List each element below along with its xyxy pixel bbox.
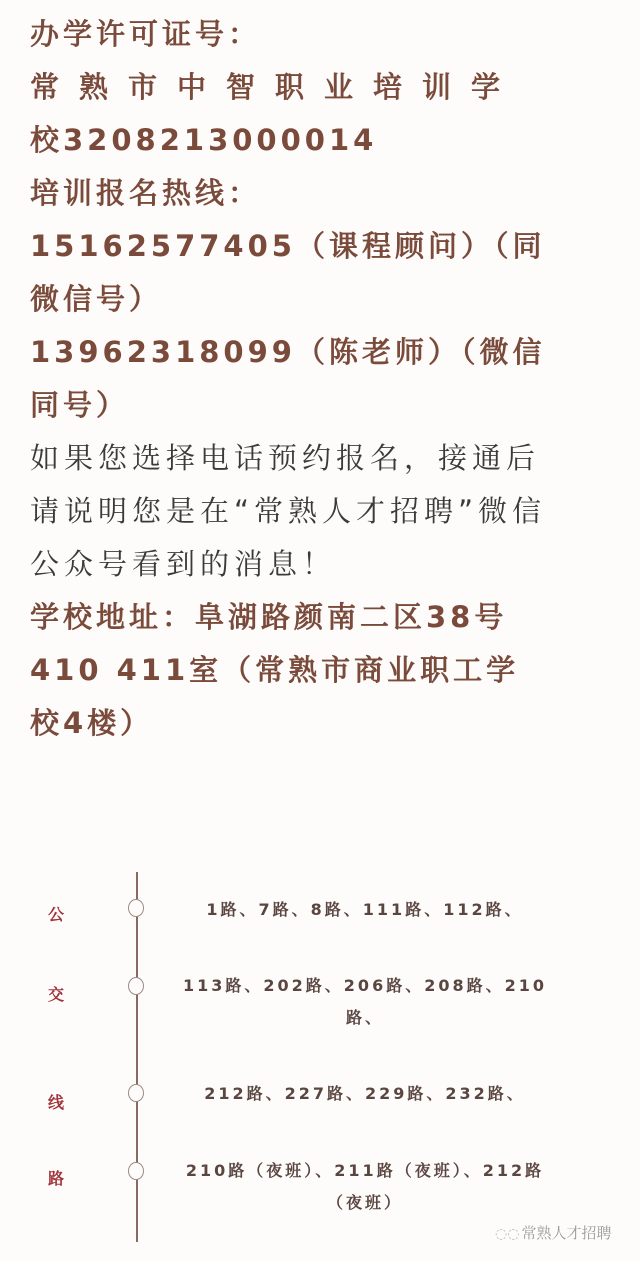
timeline-node-icon <box>128 899 144 917</box>
license-number: 校3208213000014 <box>30 114 615 167</box>
side-char-xian: 线 <box>48 1090 64 1113</box>
timeline-node-icon <box>128 1162 144 1180</box>
timeline-line <box>136 872 138 1242</box>
timeline-node-icon <box>128 977 144 995</box>
watermark-text: 常熟人才招聘 <box>521 1224 611 1242</box>
school-info: 办学许可证号： 常熟市中智职业培训学 校3208213000014 培训报名热线… <box>30 8 615 750</box>
route-row-3-text: 212路、227路、229路、232路、 <box>150 1078 580 1110</box>
route-row-2-text: 113路、202路、206路、208路、210 <box>150 970 580 1002</box>
notice-line1: 如果您选择电话预约报名，接通后 <box>30 432 615 485</box>
phone2-line2: 同号） <box>30 379 615 432</box>
route-row-2: 113路、202路、206路、208路、210 路、 <box>150 970 580 1034</box>
address-line3: 校4楼） <box>30 697 615 750</box>
route-row-4-text: 210路（夜班）、211路（夜班）、212路 <box>150 1155 580 1187</box>
route-row-1-text: 1路、7路、8路、111路、112路、 <box>150 894 580 926</box>
phone1-line1: 15162577405（课程顾问）（同 <box>30 220 615 273</box>
route-row-4-text-cont: （夜班） <box>150 1187 580 1219</box>
route-row-1: 1路、7路、8路、111路、112路、 <box>150 894 580 926</box>
route-row-2-text-cont: 路、 <box>150 1002 580 1034</box>
wechat-icon: ◌◌ <box>495 1226 519 1242</box>
side-char-lu: 路 <box>48 1166 64 1189</box>
side-char-jiao: 交 <box>48 982 64 1005</box>
timeline-node-icon <box>128 1084 144 1102</box>
side-char-gong: 公 <box>48 902 64 925</box>
address-line1: 学校地址：阜湖路颜南二区38号 <box>30 591 615 644</box>
hotline-label: 培训报名热线： <box>30 167 615 220</box>
license-label: 办学许可证号： <box>30 8 615 61</box>
watermark: ◌◌常熟人才招聘 <box>495 1222 611 1243</box>
bus-routes-timeline: 公 1路、7路、8路、111路、112路、 交 113路、202路、206路、2… <box>0 872 640 1242</box>
notice-line3: 公众号看到的消息！ <box>30 538 615 591</box>
phone2-line1: 13962318099（陈老师）（微信 <box>30 326 615 379</box>
route-row-4: 210路（夜班）、211路（夜班）、212路 （夜班） <box>150 1155 580 1219</box>
route-row-3: 212路、227路、229路、232路、 <box>150 1078 580 1110</box>
school-name: 常熟市中智职业培训学 <box>30 61 615 114</box>
phone1-line2: 微信号） <box>30 273 615 326</box>
notice-line2: 请说明您是在“常熟人才招聘”微信 <box>30 485 615 538</box>
address-line2: 410 411室（常熟市商业职工学 <box>30 644 615 697</box>
